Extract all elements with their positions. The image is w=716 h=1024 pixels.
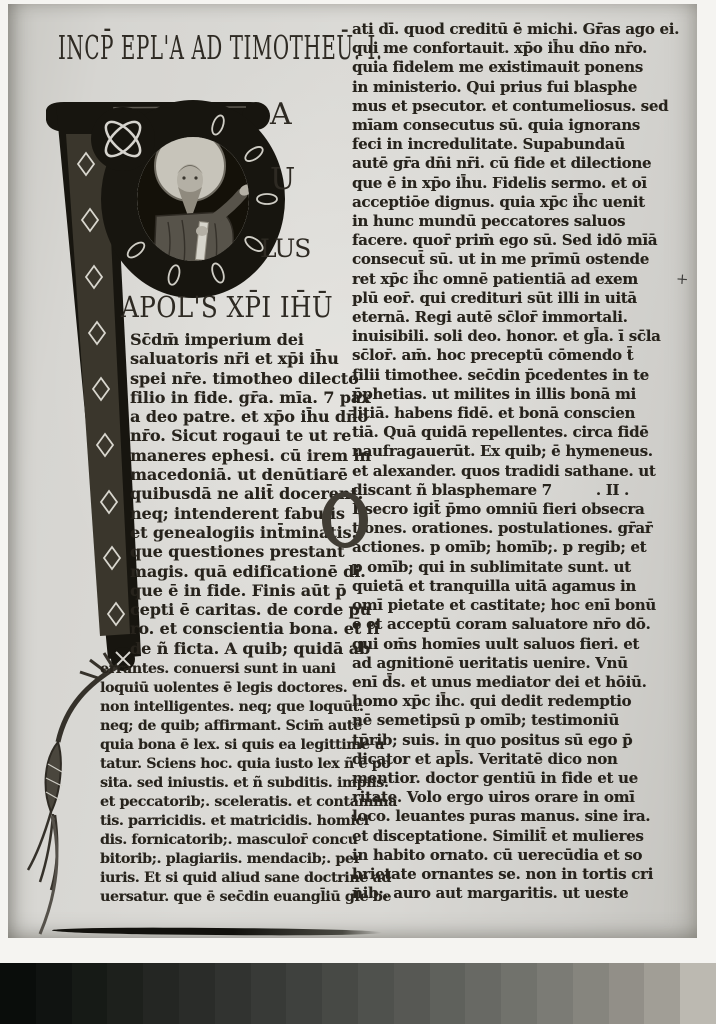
wedge-step [644,963,680,1024]
vertical-letter-a: A [270,97,292,132]
left-column-lower-text: errantes. conuersi sunt in uani loquiū u… [100,660,358,907]
wedge-step [322,963,358,1024]
wedge-step [465,963,501,1024]
wedge-step [358,963,394,1024]
wedge-step [430,963,466,1024]
right-column-text: ati dī. quod creditū ē michi. Gr̄as ago … [352,20,702,903]
left-column-upper-text: Sc̄dm̄ imperium dei saluatoris nr̄i et x… [130,330,345,658]
wedge-step [107,963,143,1024]
wedge-step [680,963,716,1024]
vertical-letter-lus: LUS [260,234,310,263]
interlace-knot [91,107,155,171]
wedge-step [286,963,322,1024]
wedge-step [179,963,215,1024]
incipit-title: INCP̄ EPL'A AD TIMOTHEŪ. I. [58,28,383,67]
wedge-step [394,963,430,1024]
margin-cross-mark: + [675,270,689,289]
grayscale-wedge [0,963,716,1024]
wedge-step [36,963,72,1024]
wedge-step [143,963,179,1024]
wedge-step [251,963,287,1024]
wedge-step [501,963,537,1024]
section-initial-o: O [322,492,368,548]
display-line-apostolus: APOL'S XP̄I IH̄Ū [121,290,333,324]
wedge-step [72,963,108,1024]
wedge-step [609,963,645,1024]
wedge-step [537,963,573,1024]
wedge-step [573,963,609,1024]
wedge-step [215,963,251,1024]
manuscript-photo: INCP̄ EPL'A AD TIMOTHEŪ. I. [8,4,697,938]
vertical-letter-u: U [270,162,295,197]
wedge-step [0,963,36,1024]
